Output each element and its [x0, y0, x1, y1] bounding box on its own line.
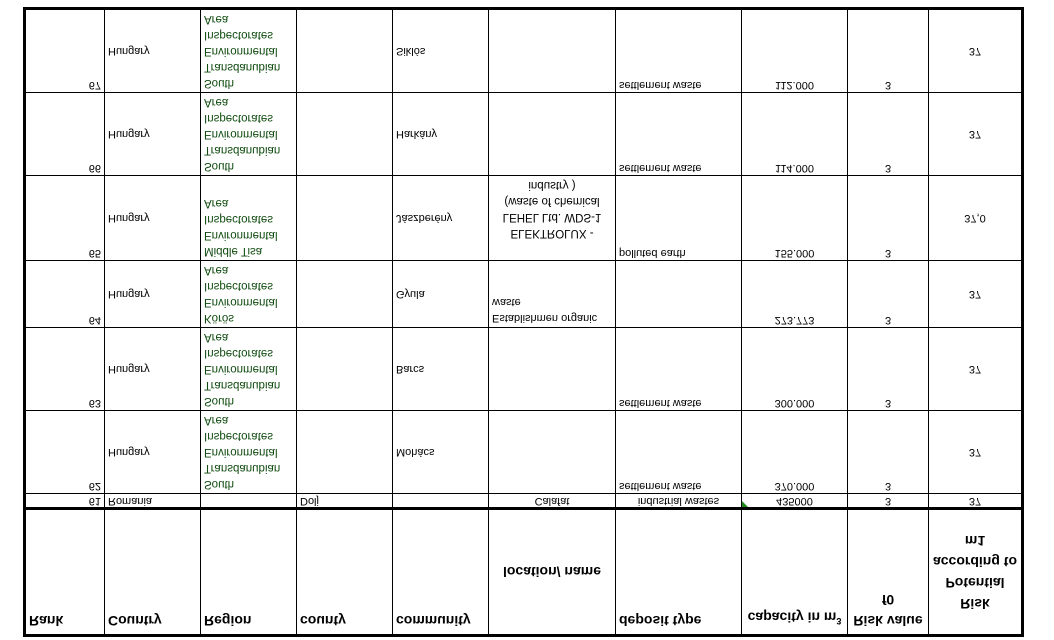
header-risk-potential[interactable]: Risk Potential according to m1	[929, 509, 1023, 636]
cell-deposit-type[interactable]: settlement waste	[616, 93, 742, 176]
cell-community[interactable]: Mohács	[393, 411, 489, 494]
cell-rank[interactable]: 62	[25, 411, 105, 494]
cell-rank[interactable]: 65	[25, 176, 105, 261]
table-row[interactable]: 66 Hungary South Transdanubian Environme…	[25, 93, 1023, 176]
cell-risk-value[interactable]: 3	[848, 411, 929, 494]
header-county[interactable]: county	[297, 509, 393, 636]
cell-region[interactable]: South Transdanubian Environmental Inspec…	[201, 93, 297, 176]
cell-risk-potential[interactable]: 37	[929, 261, 1023, 328]
cell-county[interactable]	[297, 328, 393, 411]
header-capacity[interactable]: capacity in m3	[742, 509, 848, 636]
header-risk-value[interactable]: Risk value f0	[848, 509, 929, 636]
cell-deposit-type[interactable]: settlement waste	[616, 411, 742, 494]
cell-deposit-type[interactable]: settlement waste	[616, 9, 742, 93]
cell-county[interactable]: Dolj	[297, 494, 393, 509]
table-row[interactable]: 61 Romania Dolj Calafat industrial waste…	[25, 494, 1023, 509]
cell-location[interactable]: ELEKTROLUX - LEHEL Ltd. WDS-1 (waste of …	[489, 176, 616, 261]
cell-location[interactable]: Calafat	[489, 494, 616, 509]
cell-rank[interactable]: 61	[25, 494, 105, 509]
cell-region[interactable]	[201, 494, 297, 509]
cell-risk-value[interactable]: 3	[848, 494, 929, 509]
cell-deposit-type[interactable]: settlement waste	[616, 328, 742, 411]
cell-risk-value[interactable]: 3	[848, 9, 929, 93]
table-row[interactable]: 67 Hungary South Transdanubian Environme…	[25, 9, 1023, 93]
cell-risk-potential[interactable]: 37,0	[929, 176, 1023, 261]
cell-community[interactable]: Harkány	[393, 93, 489, 176]
cell-community[interactable]: Barcs	[393, 328, 489, 411]
table-row[interactable]: 65 Hungary Middle Tisa Environmental Ins…	[25, 176, 1023, 261]
cell-community[interactable]: Jászberény	[393, 176, 489, 261]
cell-risk-value[interactable]: 3	[848, 328, 929, 411]
header-row: Rank Country Region county community loc…	[25, 509, 1023, 636]
cell-capacity[interactable]: 112.000	[742, 9, 848, 93]
cell-county[interactable]	[297, 9, 393, 93]
cell-country[interactable]: Hungary	[105, 176, 201, 261]
cell-capacity[interactable]: 273.773	[742, 261, 848, 328]
header-region[interactable]: Region	[201, 509, 297, 636]
cell-rank[interactable]: 67	[25, 9, 105, 93]
header-rank[interactable]: Rank	[25, 509, 105, 636]
cell-region[interactable]: South Transdanubian Environmental Inspec…	[201, 328, 297, 411]
cell-location[interactable]	[489, 411, 616, 494]
flipped-spreadsheet-view: Rank Country Region county community loc…	[0, 0, 1054, 640]
table-row[interactable]: 63 Hungary South Transdanubian Environme…	[25, 328, 1023, 411]
cell-location[interactable]	[489, 328, 616, 411]
cell-region[interactable]: Körös Environmental Inspectorates Area	[201, 261, 297, 328]
cell-capacity[interactable]: 155.000	[742, 176, 848, 261]
header-country[interactable]: Country	[105, 509, 201, 636]
cell-region[interactable]: Middle Tisa Environmental Inspectorates …	[201, 176, 297, 261]
cell-deposit-type[interactable]: polluted earth	[616, 176, 742, 261]
cell-country[interactable]: Hungary	[105, 328, 201, 411]
cell-risk-potential[interactable]: 37	[929, 411, 1023, 494]
waste-deposit-risk-table: Rank Country Region county community loc…	[23, 7, 1024, 637]
cell-risk-value[interactable]: 3	[848, 176, 929, 261]
cell-region[interactable]: South Transdanubian Environmental Inspec…	[201, 411, 297, 494]
table-row[interactable]: 62 Hungary South Transdanubian Environme…	[25, 411, 1023, 494]
cell-rank[interactable]: 64	[25, 261, 105, 328]
cell-location[interactable]: Establishmen organic waste	[489, 261, 616, 328]
cell-deposit-type[interactable]: industrial wastes	[616, 494, 742, 509]
cell-county[interactable]	[297, 93, 393, 176]
cell-risk-potential[interactable]: 37	[929, 494, 1023, 509]
cell-risk-potential[interactable]: 37	[929, 328, 1023, 411]
cell-capacity[interactable]: 435000	[742, 494, 848, 509]
cell-country[interactable]: Hungary	[105, 9, 201, 93]
header-capacity-label: capacity in m	[748, 609, 837, 625]
cell-capacity[interactable]: 370.000	[742, 411, 848, 494]
cell-region[interactable]: South Transdanubian Environmental Inspec…	[201, 9, 297, 93]
cell-capacity[interactable]: 300.000	[742, 328, 848, 411]
cell-country[interactable]: Hungary	[105, 411, 201, 494]
cell-community[interactable]: Gyula	[393, 261, 489, 328]
cell-country[interactable]: Hungary	[105, 93, 201, 176]
header-community[interactable]: community	[393, 509, 489, 636]
cell-capacity[interactable]: 114.000	[742, 93, 848, 176]
cell-risk-potential[interactable]: 37	[929, 93, 1023, 176]
cell-community[interactable]	[393, 494, 489, 509]
cell-county[interactable]	[297, 176, 393, 261]
table-row[interactable]: 64 Hungary Körös Environmental Inspector…	[25, 261, 1023, 328]
cell-location[interactable]	[489, 93, 616, 176]
cell-community[interactable]: Siklós	[393, 9, 489, 93]
cell-county[interactable]	[297, 261, 393, 328]
cell-rank[interactable]: 66	[25, 93, 105, 176]
cell-location[interactable]	[489, 9, 616, 93]
cell-risk-value[interactable]: 3	[848, 93, 929, 176]
cell-deposit-type[interactable]	[616, 261, 742, 328]
cell-risk-value[interactable]: 3	[848, 261, 929, 328]
header-location[interactable]: location/ name	[489, 509, 616, 636]
cell-country[interactable]: Romania	[105, 494, 201, 509]
cell-rank[interactable]: 63	[25, 328, 105, 411]
cell-country[interactable]: Hungary	[105, 261, 201, 328]
header-deposit-type[interactable]: deposit type	[616, 509, 742, 636]
cell-county[interactable]	[297, 411, 393, 494]
cell-risk-potential[interactable]: 37	[929, 9, 1023, 93]
header-capacity-unit: 3	[836, 616, 841, 626]
comment-marker-icon[interactable]	[742, 501, 748, 507]
